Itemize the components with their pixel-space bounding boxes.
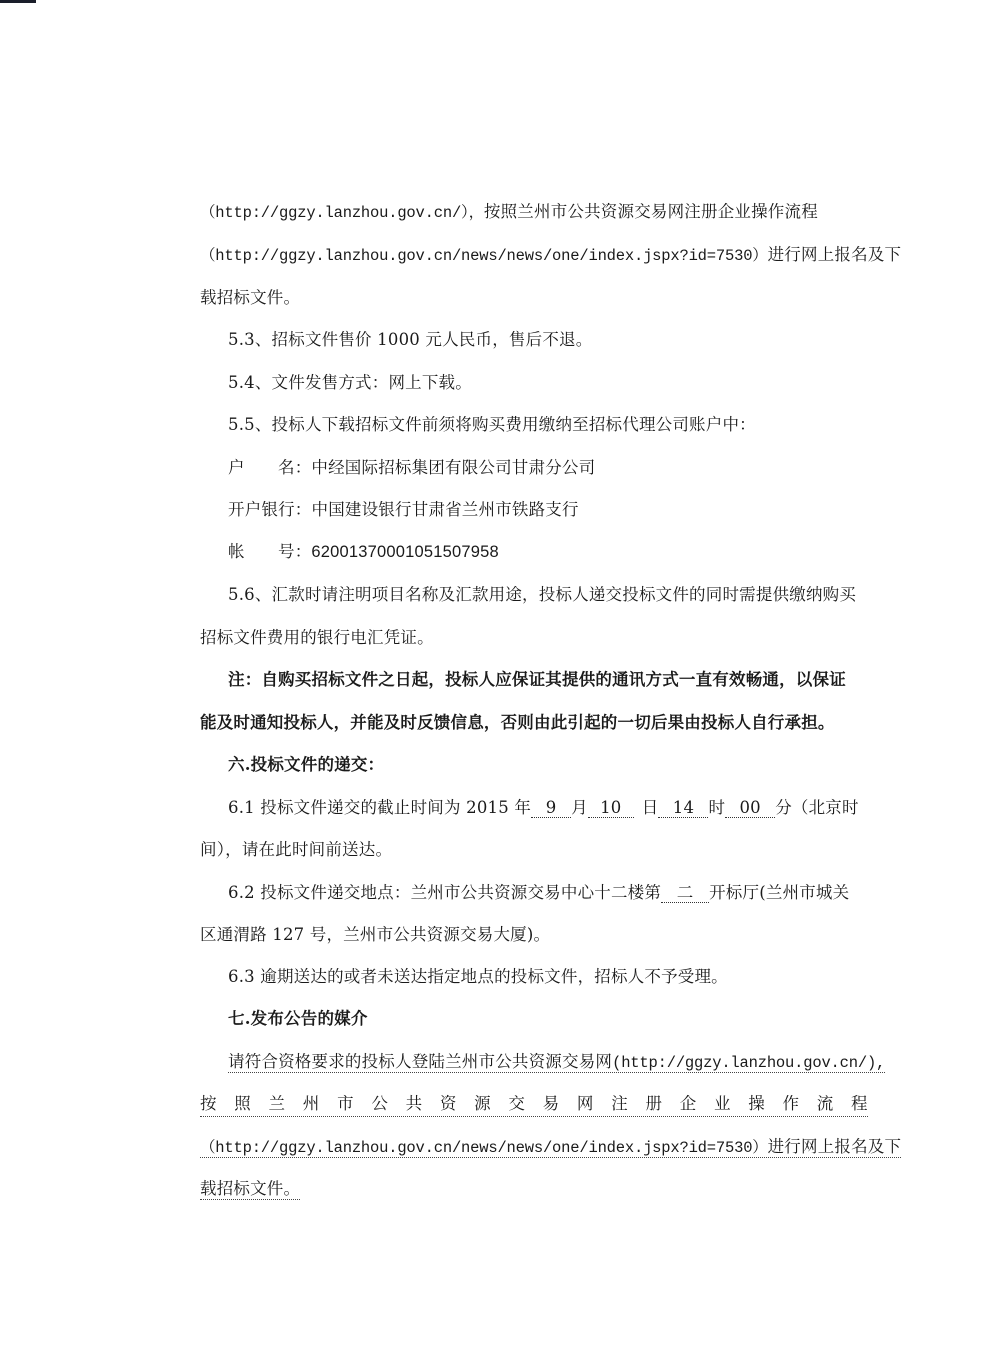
deadline-hour: 14 (658, 799, 708, 818)
justified-char: 易 (543, 1093, 560, 1115)
item-5-5: 5.5、投标人下载招标文件前须将购买费用缴纳至招标代理公司账户中： (228, 414, 898, 436)
deadline-prefix: 6.1 投标文件递交的截止时间为 2015 年 (228, 798, 531, 817)
note-line1: 注：自购买招标文件之日起，投标人应保证其提供的通讯方式一直有效畅通，以保证 (228, 669, 898, 691)
account-number-value: 62001370001051507958 (311, 543, 499, 561)
section5-cont-line3: 载招标文件。 (200, 287, 870, 309)
justified-char: 册 (645, 1093, 662, 1115)
item-6-2-line1: 6.2 投标文件递交地点：兰州市公共资源交易中心十二楼第二开标厅(兰州市城关 (228, 882, 898, 904)
process-url-link[interactable]: （http://ggzy.lanzhou.gov.cn/news/news/on… (200, 1139, 768, 1157)
justified-char: 业 (714, 1093, 731, 1115)
account-number-label-a: 帐 (228, 541, 278, 563)
hour-unit: 时 (708, 798, 725, 817)
justified-char: 照 (234, 1093, 251, 1115)
location-suffix: 开标厅(兰州市城关 (709, 883, 849, 902)
text: 按照兰州市公共资源交易网注册企业操作流程 (484, 202, 818, 221)
section7-line1: 请符合资格要求的投标人登陆兰州市公共资源交易网(http://ggzy.lanz… (228, 1051, 870, 1074)
account-number-label-b: 号： (278, 542, 311, 561)
item-5-6-line2: 招标文件费用的银行电汇凭证。 (200, 627, 870, 649)
text: 进行网上报名及下 (768, 1137, 902, 1156)
text: 载招标文件。 (200, 288, 300, 307)
minute-unit: 分（北京时 (775, 798, 859, 817)
account-name-label-b: 名： (278, 458, 311, 477)
justified-char: 交 (508, 1093, 525, 1115)
deadline-month: 9 (531, 799, 571, 818)
section5-cont-line1: （http://ggzy.lanzhou.gov.cn/），按照兰州市公共资源交… (200, 201, 870, 224)
justified-char: 兰 (269, 1093, 286, 1115)
justified-char: 操 (748, 1093, 765, 1115)
process-url: （http://ggzy.lanzhou.gov.cn/news/news/on… (200, 247, 768, 265)
justified-char: 流 (817, 1093, 834, 1115)
justified-char: 州 (303, 1093, 320, 1115)
deadline-day: 10 (588, 799, 634, 818)
item-6-1-line2: 间），请在此时间前送达。 (200, 839, 870, 861)
item-6-1-line1: 6.1 投标文件递交的截止时间为 2015 年9月10日14时00分（北京时 (228, 797, 898, 819)
justified-char: 网 (577, 1093, 594, 1115)
section6-heading: 六.投标文件的递交： (228, 754, 898, 776)
section7-heading: 七.发布公告的媒介 (228, 1008, 898, 1030)
section7-line2-justified: 按照兰州市公共资源交易网注册企业操作流程 (200, 1093, 868, 1117)
month-unit: 月 (571, 798, 588, 817)
justified-char: 作 (783, 1093, 800, 1115)
item-5-6-line1: 5.6、汇款时请注明项目名称及汇款用途，投标人递交投标文件的同时需提供缴纳购买 (228, 584, 868, 606)
item-6-2-line2: 区通渭路 127 号，兰州市公共资源交易大厦)。 (200, 924, 870, 946)
item-6-3: 6.3 逾期送达的或者未送达指定地点的投标文件，招标人不予受理。 (228, 966, 898, 988)
account-bank-value: 中国建设银行甘肃省兰州市铁路支行 (312, 500, 579, 519)
section7-line2: 按照兰州市公共资源交易网注册企业操作流程 (200, 1093, 870, 1117)
section7-line1-wrap: 请符合资格要求的投标人登陆兰州市公共资源交易网(http://ggzy.lanz… (228, 1052, 885, 1073)
section7-line4: 载招标文件。 (200, 1178, 870, 1200)
scanned-document-page: （http://ggzy.lanzhou.gov.cn/），按照兰州市公共资源交… (0, 0, 1000, 1369)
account-name-value: 中经国际招标集团有限公司甘肃分公司 (311, 458, 595, 477)
day-unit: 日 (642, 798, 659, 817)
justified-char: 公 (371, 1093, 388, 1115)
account-bank-row: 开户银行：中国建设银行甘肃省兰州市铁路支行 (228, 499, 898, 521)
justified-char: 源 (474, 1093, 491, 1115)
hall-number: 二 (661, 884, 709, 903)
justified-char: 注 (611, 1093, 628, 1115)
location-prefix: 6.2 投标文件递交地点：兰州市公共资源交易中心十二楼第 (228, 883, 661, 902)
item-5-4: 5.4、文件发售方式：网上下载。 (228, 372, 898, 394)
justified-char: 程 (851, 1093, 868, 1115)
justified-char: 资 (440, 1093, 457, 1115)
portal-url: （http://ggzy.lanzhou.gov.cn/）， (200, 204, 484, 222)
account-name-row: 户名：中经国际招标集团有限公司甘肃分公司 (228, 457, 898, 479)
account-bank-label: 开户银行： (228, 500, 312, 519)
section7-line4-text: 载招标文件。 (200, 1179, 300, 1200)
portal-url-link[interactable]: (http://ggzy.lanzhou.gov.cn/), (612, 1054, 885, 1072)
account-number-row: 帐号：62001370001051507958 (228, 541, 898, 563)
justified-char: 共 (406, 1093, 423, 1115)
note-line2: 能及时通知投标人，并能及时反馈信息，否则由此引起的一切后果由投标人自行承担。 (200, 712, 870, 734)
scan-edge-artifact (0, 0, 36, 3)
section7-line3: （http://ggzy.lanzhou.gov.cn/news/news/on… (200, 1136, 870, 1159)
text: 进行网上报名及下 (768, 245, 902, 264)
text: 请符合资格要求的投标人登陆兰州市公共资源交易网 (228, 1052, 612, 1071)
deadline-minute: 00 (725, 799, 775, 818)
section5-cont-line2: （http://ggzy.lanzhou.gov.cn/news/news/on… (200, 244, 870, 267)
justified-char: 企 (680, 1093, 697, 1115)
justified-char: 市 (337, 1093, 354, 1115)
account-name-label-a: 户 (228, 457, 278, 479)
justified-char: 按 (200, 1093, 217, 1115)
section7-line3-wrap: （http://ggzy.lanzhou.gov.cn/news/news/on… (200, 1137, 901, 1158)
item-5-3: 5.3、招标文件售价 1000 元人民币，售后不退。 (228, 329, 898, 351)
